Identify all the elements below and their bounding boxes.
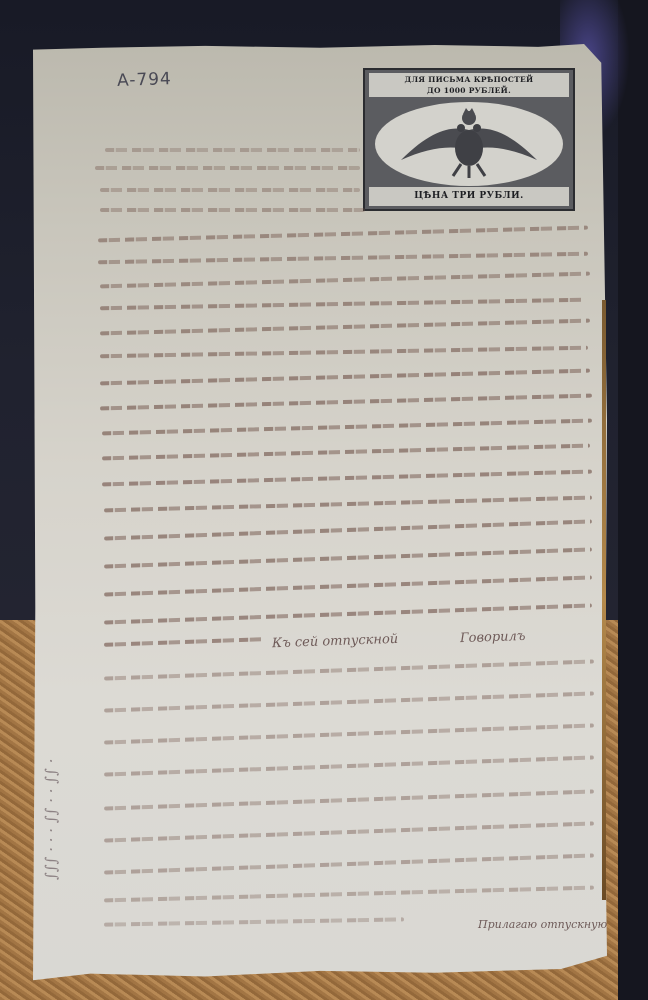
double-headed-eagle-icon: [393, 106, 545, 182]
margin-annotation: ∫∫∫ · · · ∫∫ · · ∫∫ ·: [42, 759, 60, 880]
handwritten-fragment: Прилагаю отпускную: [478, 918, 607, 931]
right-shadow: [618, 0, 648, 1000]
stamp-emblem-oval: [375, 102, 563, 186]
ink-line: [100, 208, 365, 212]
stamp-price: ЦѢНА ТРИ РУБЛИ.: [369, 187, 569, 206]
revenue-stamp: ДЛЯ ПИСЬМА КРѢПОСТЕЙ ДО 1000 РУБЛЕЙ. ЦѢН…: [363, 68, 575, 211]
stamp-header-line-1: ДЛЯ ПИСЬМА КРѢПОСТЕЙ: [369, 74, 569, 85]
margin-annotation-text: ∫∫∫ · · · ∫∫ · · ∫∫ ·: [42, 759, 60, 880]
paper-edge: [602, 300, 606, 900]
ink-line: [105, 148, 360, 152]
archive-number: A-794: [117, 69, 173, 91]
ink-line: [95, 166, 360, 170]
ink-line: [100, 188, 360, 192]
handwritten-fragment: Говорилъ: [460, 629, 526, 646]
stamp-header: ДЛЯ ПИСЬМА КРѢПОСТЕЙ ДО 1000 РУБЛЕЙ.: [369, 73, 569, 97]
stamp-header-line-2: ДО 1000 РУБЛЕЙ.: [369, 85, 569, 96]
